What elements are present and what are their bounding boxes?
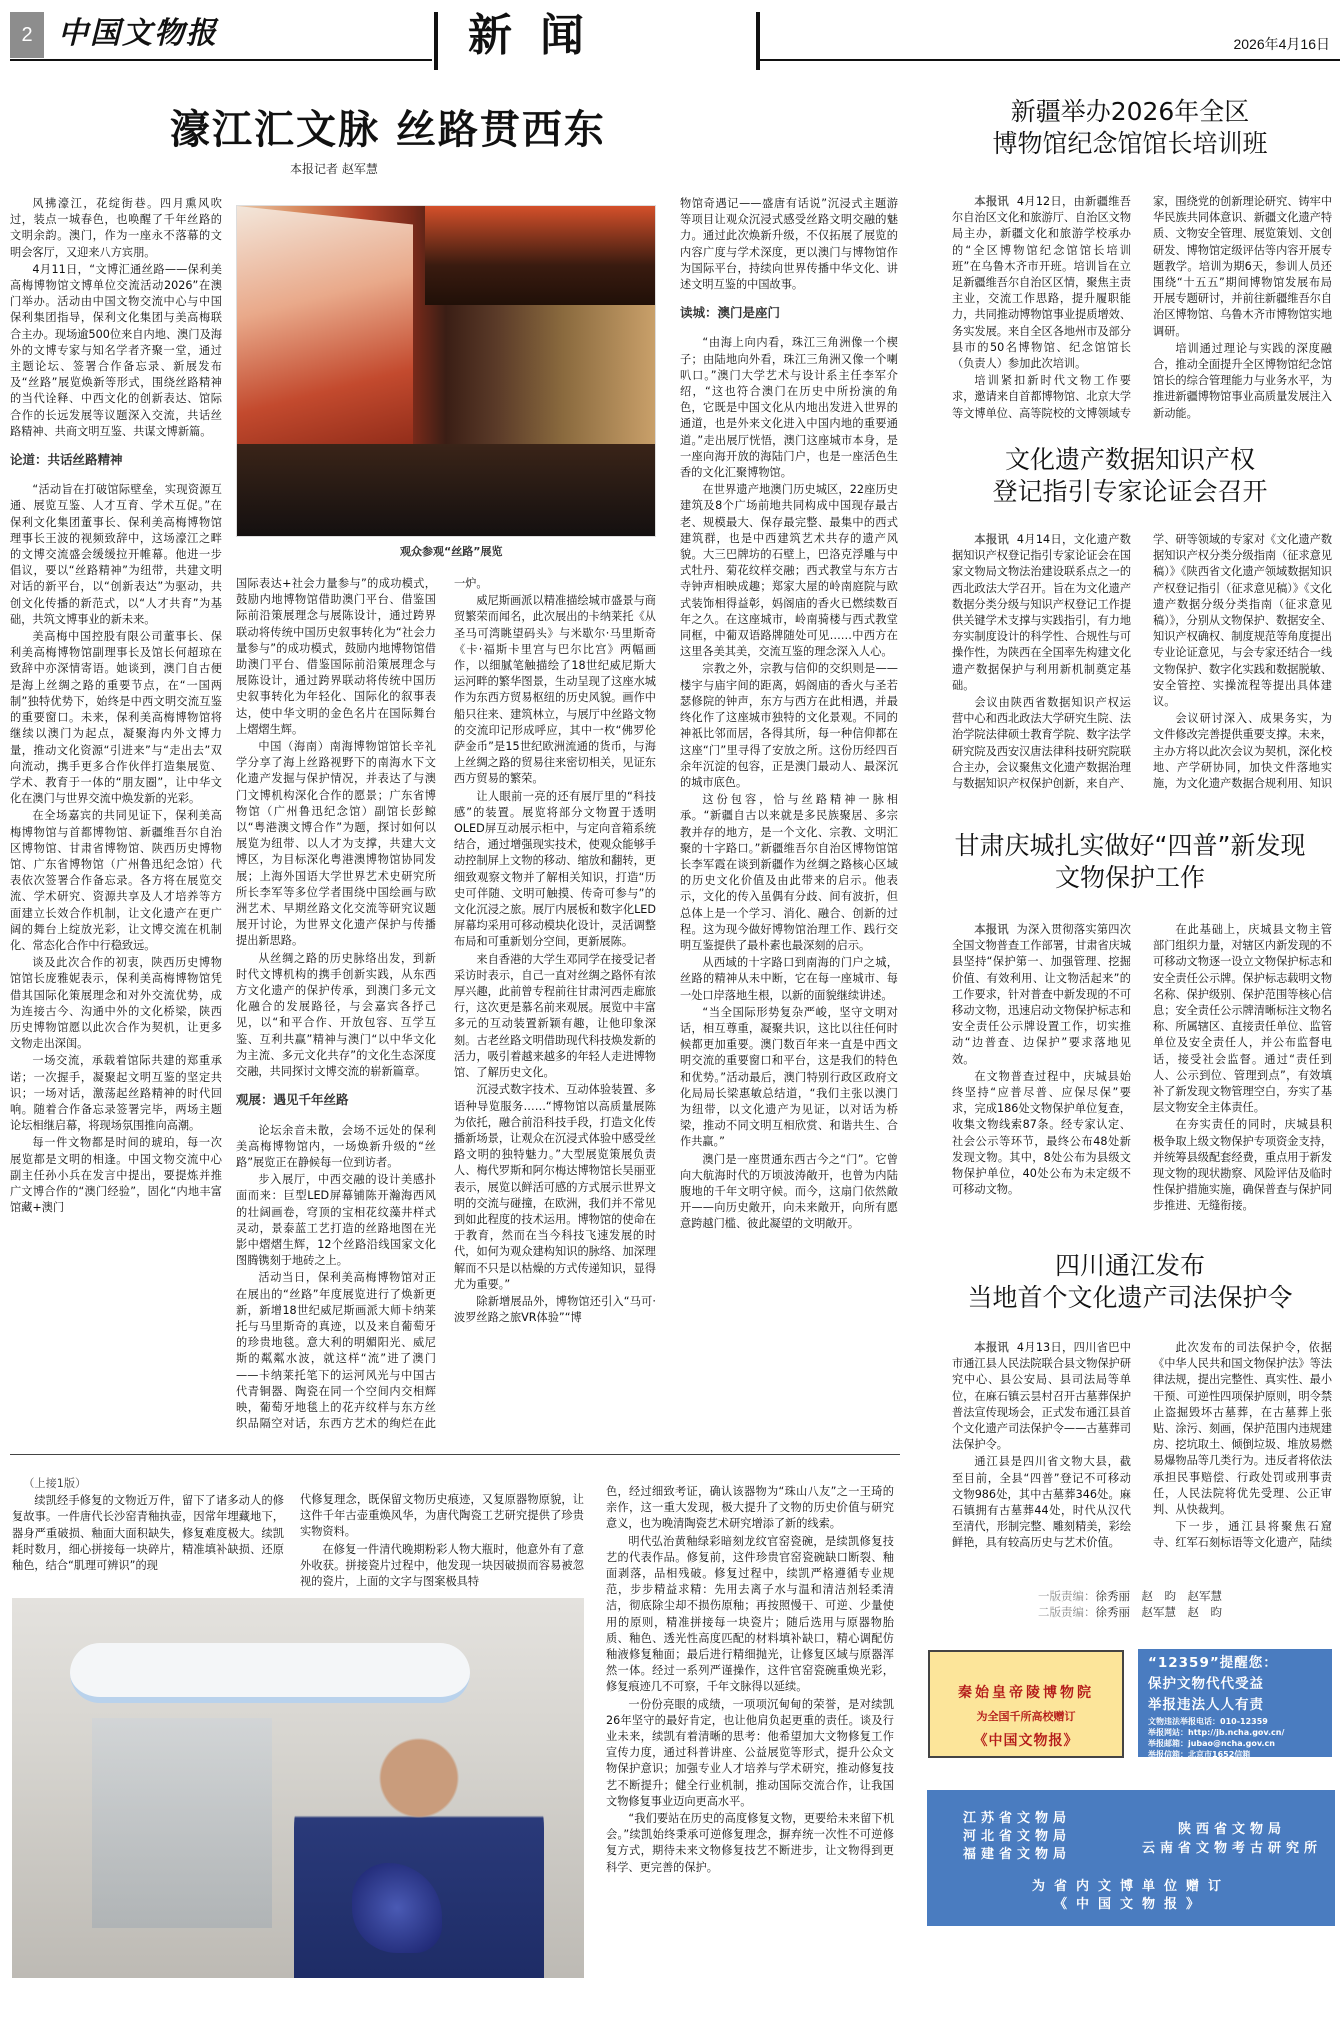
ad-footer: 为省内文博单位赠订 《中国文物报》 [927,1878,1335,1914]
paragraph: 宗教之外，宗教与信仰的交织则是——楼宇与庙宇间的距离，妈阁庙的香火与圣若瑟修院的… [680,661,898,791]
paragraph: 4月12日，由新疆维吾尔自治区文化和旅游厅、自治区文物局主办，新疆文化和旅游学校… [952,195,1131,370]
headline-line: 四川通江发布 [920,1250,1340,1282]
headline-line: 当地首个文化遗产司法保护令 [920,1282,1340,1314]
masthead-rule-right [760,59,1340,61]
paragraph: 谈及此次合作的初衷，陕西历史博物馆馆长庞雅妮表示，保利美高梅博物馆凭借其国际化策… [10,955,222,1052]
paragraph: 续凯经手修复的文物近万件，留下了诸多动人的修复故事。一件唐代长沙窑青釉执壶，因常… [12,1493,284,1574]
bureau-list-left: 江苏省文物局 河北省文物局 福建省文物局 [963,1810,1071,1864]
continued-article-column-2: 代修复理念，既保留文物历史痕迹，又复原器物原貌，让这件千年古壶重焕风华，为唐代陶… [300,1492,584,1592]
section-divider [10,1454,900,1455]
bureau-name: 福建省文物局 [963,1846,1071,1864]
paragraph: 明代弘治黄釉绿彩暗刻龙纹官窑瓷碗，是续凯修复技艺的代表作品。修复前，这件珍贵官窑… [606,1534,894,1696]
headline-line: 博物馆纪念馆馆长培训班 [920,128,1340,160]
restorer-photo [12,1598,584,1978]
side-article-xinjiang-body: 本报讯 4月12日，由新疆维吾尔自治区文化和旅游厅、自治区文物局主办，新疆文化和… [952,194,1332,428]
masthead-rule-left [10,59,432,61]
paragraph: 国际表达+社会力量参与”的成功模式，鼓励内地博物馆借助澳门平台、借鉴国际前沿策展… [236,576,436,738]
main-article-column-3: 一炉。 威尼斯画派以精准描绘城市盛景与商贸繁荣而闻名，此次展出的卡纳莱托《从圣马… [454,576,656,1432]
headline-line: 新疆举办2026年全区 [920,96,1340,128]
paragraph: 从丝绸之路的历史脉络出发，到新时代文博机构的携手创新实践，从东西方文化遗产的保护… [236,951,436,1081]
masthead-divider-right [756,12,760,70]
ad-title: “12359”提醒您： [1148,1653,1322,1674]
ad-provincial-bureaus: 江苏省文物局 河北省文物局 福建省文物局 陕西省文物局 云南省文物考古研究所 为… [927,1790,1335,1926]
bureau-list-right: 陕西省文物局 云南省文物考古研究所 [1132,1820,1332,1858]
photo-caption: 观众参观“丝路”展览 [400,543,502,559]
editor-label: 一版责编： [1038,1589,1096,1603]
lead-tag: 本报讯 [974,1341,1009,1354]
bureau-name: 河北省文物局 [963,1828,1071,1846]
jump-note: （上接1版） [12,1476,284,1492]
paragraph: 为深入贯彻落实第四次全国文物普查工作部署，甘肃省庆城县坚持“保护第一、加强管理、… [952,923,1131,1066]
issue-date: 2026年4月16日 [1233,34,1330,54]
paragraph: “我们要站在历史的高度修复文物，更要给未来留下机会。”续凯始终秉承可逆修复理念，… [606,1811,894,1876]
editor-label: 二版责编： [1038,1605,1096,1619]
main-article-column-2: 国际表达+社会力量参与”的成功模式，鼓励内地博物馆借助澳门平台、借鉴国际前沿策展… [236,576,436,1432]
lead-tag: 本报讯 [974,195,1009,208]
ceiling-light [425,206,655,305]
side-article-sichuan-body: 本报讯 4月13日，四川省巴中市通江县人民法院联合县文物保护研究中心、县公安局、… [952,1340,1332,1560]
section-title: 新闻 [468,8,612,64]
main-headline: 濠江汇文脉 丝路贯西东 [170,98,606,155]
editor-names: 徐秀丽 赵 昀 赵军慧 [1096,1589,1223,1603]
hotline-postcode: 邮编：100009 [1148,1760,1322,1771]
paragraph: 每一件文物都是时间的琥珀，每一次展览都是文明的相逢。中国文物交流中心副主任孙小兵… [10,1135,222,1216]
ad-line: 为全国千所高校赠订 [930,1708,1122,1724]
ad-line: 《中国文物报》 [930,1730,1122,1750]
headline-line: 甘肃庆城扎实做好“四普”新发现 [920,830,1340,862]
paragraph: 在世界遗产地澳门历史城区，22座历史建筑及8个广场前地共同构成中国现存最古老、规… [680,482,898,660]
page-number: 2 [10,12,44,58]
paragraph: 一份份亮眼的成绩，一项项沉甸甸的荣誉，是对续凯26年坚守的最好肯定，也让他肩负起… [606,1697,894,1810]
paragraph: “活动旨在打破馆际壁垒，实现资源互通、展览互鉴、人才互育、学术互促。”在保利文化… [10,482,222,628]
ad-title: 举报违法人人有责 [1148,1695,1322,1716]
paragraph: 威尼斯画派以精准描绘城市盛景与商贸繁荣而闻名，此次展出的卡纳莱托《从圣马可湾眺望… [454,593,656,787]
headline-line: 文化遗产数据知识产权 [920,444,1340,476]
paragraph: 色，经过细致考证，确认该器物为“珠山八友”之一王琦的亲作，这一重大发现，极大提升… [606,1484,894,1533]
paragraph: 让人眼前一亮的还有展厅里的“科技感”的装置。展览将部分文物置于透明OLED屏互动… [454,789,656,951]
paragraph: 活动当日，保利美高梅博物馆对正在展出的“丝路”年度展览进行了焕新更新，新增18世… [236,1270,436,1432]
side-headline-data-ip: 文化遗产数据知识产权 登记指引专家论证会召开 [920,444,1340,508]
paragraph: “当全国际形势复杂严峻，坚守文明对话，相互尊重，凝聚共识，这比以往任何时候都更加… [680,1005,898,1151]
paragraph: 除新增展品外，博物馆还引入“马可·波罗丝路之旅VR体验”“博 [454,1294,656,1326]
paragraph: 论坛余音未散，会场不远处的保利美高梅博物馆内，一场焕新升级的“丝路”展览正在静候… [236,1123,436,1172]
main-article-column-4: 物馆奇遇记——盛唐有话说”沉浸式主题游等项目让观众沉浸式感受丝路文明交融的魅力。… [680,196,898,1432]
paragraph: 来自香港的大学生邓同学在接受记者采访时表示，自己一直对丝绸之路怀有浓厚兴趣，此前… [454,952,656,1082]
bureau-name: 陕西省文物局 [1132,1820,1332,1839]
paragraph: 代修复理念，既保留文物历史痕迹，又复原器物原貌，让这件千年古壶重焕风华，为唐代陶… [300,1492,584,1541]
paragraph: 4月13日，四川省巴中市通江县人民法院联合县文物保护研究中心、县公安局、县司法局… [952,1341,1131,1451]
hotline-website[interactable]: 举报网站：http://jb.ncha.gov.cn/ [1148,1727,1322,1738]
paragraph: 在此基础上，庆城县文物主管部门组织力量，对辖区内新发现的不可移动文物逐一设立文物… [1153,922,1332,1116]
headline-line: 文物保护工作 [920,862,1340,894]
paragraph: 物馆奇遇记——盛唐有话说”沉浸式主题游等项目让观众沉浸式感受丝路文明交融的魅力。… [680,196,898,293]
paragraph: 一场交流，承载着馆际共建的郑重承诺；一次握手，凝聚起文明互鉴的坚定共识；一场对话… [10,1053,222,1134]
ad-12359-hotline: “12359”提醒您： 保护文物代代受益 举报违法人人有责 文物违法举报电话：0… [1138,1649,1332,1757]
side-article-data-ip-body: 本报讯 4月14日，文化遗产数据知识产权登记指引专家论证会在国家文物局文物法治建… [952,532,1332,800]
paragraph: 在文物普查过程中，庆城县始终坚持“应普尽普、应保尽保”要求，完成186处文物保护… [952,1069,1131,1199]
paragraph: 通江县是四川省文物大县，截至目前，全县“四普”登记不可移动文物986处，其中古墓… [952,1454,1131,1551]
paragraph: 澳门是一座贯通东西古今之“门”。它曾向大航海时代的万顷波涛敞开，也曾为内陆腹地的… [680,1152,898,1233]
headline-line: 登记指引专家论证会召开 [920,476,1340,508]
ad-line: 秦始皇帝陵博物院 [930,1682,1122,1702]
lead-tag: 本报讯 [974,533,1009,546]
side-headline-xinjiang: 新疆举办2026年全区 博物馆纪念馆馆长培训班 [920,96,1340,160]
paragraph: 一炉。 [454,576,656,592]
paragraph: 从西域的十字路口到南海的门户之城，丝路的精神从未中断，它在每一座城市、每一处口岸… [680,955,898,1004]
paragraph: 在全场嘉宾的共同见证下，保利美高梅博物馆与首都博物馆、新疆维吾尔自治区博物馆、甘… [10,808,222,954]
paragraph: 4月14日，文化遗产数据知识产权登记指引专家论证会在国家文物局文物法治建设联系点… [952,533,1131,692]
paragraph: 风拂濠江，花绽街巷。四月熏风吹过，装点一城春色，也唤醒了千年丝路的文明余韵。澳门… [10,196,222,261]
newspaper-logo: 中国文物报 [58,10,218,58]
mural-wall [237,206,413,482]
lab-cabinet [92,1718,272,1928]
continued-article-column-1: （上接1版） 续凯经手修复的文物近万件，留下了诸多动人的修复故事。一件唐代长沙窑… [12,1476,284,1586]
paragraph: 在夯实责任的同时，庆城县积极争取上级文物保护专项资金支持，并统筹县级配套经费，重… [1153,1117,1332,1214]
subheading-forum: 论道：共话丝路精神 [10,452,222,468]
paragraph: 这份包容，恰与丝路精神一脉相承。“新疆自古以来就是多民族聚居、多宗教并存的地方，… [680,792,898,954]
paragraph: 中国（海南）南海博物馆馆长辛礼学分享了海上丝路视野下的南海水下文化遗产发掘与保护… [236,739,436,950]
editor-names: 徐秀丽 赵军慧 赵 昀 [1096,1605,1223,1619]
bureau-name: 云南省文物考古研究所 [1132,1839,1332,1858]
side-article-gansu-body: 本报讯 为深入贯彻落实第四次全国文物普查工作部署，甘肃省庆城县坚持“保护第一、加… [952,922,1332,1222]
ad-footer-line: 《中国文物报》 [927,1896,1335,1914]
hotline-email[interactable]: 举报邮箱：jubao@ncha.gov.cn [1148,1738,1322,1749]
paragraph: 在修复一件清代晚期粉彩人物大瓶时，他意外有了意外收获。拼接瓷片过程中，他发现一块… [300,1542,584,1591]
bureau-name: 江苏省文物局 [963,1810,1071,1828]
paragraph: “由海上向内看，珠江三角洲像一个楔子；由陆地向外看，珠江三角洲又像一个喇叭口。”… [680,335,898,481]
subheading-exhibition: 观展：遇见千年丝路 [236,1092,436,1108]
exhibition-photo [236,205,656,537]
paragraph: 此次发布的司法保护令，依据《中华人民共和国文物保护法》等法律法规，提出完整性、真… [1153,1340,1332,1518]
paragraph: 培训通过理论与实践的深度融合，推动全面提升全区博物馆纪念馆馆长的综合管理能力与业… [1153,341,1332,422]
hotline-phone: 文物违法举报电话：010-12359 [1148,1716,1322,1727]
ad-title: 保护文物代代受益 [1148,1674,1322,1695]
reflective-floor [237,444,655,536]
continued-article-column-3: 色，经过细致考证，确认该器物为“珠山八友”之一王琦的亲作，这一重大发现，极大提升… [606,1484,894,1944]
surgical-lamp [70,1643,470,1703]
side-headline-gansu: 甘肃庆城扎实做好“四普”新发现 文物保护工作 [920,830,1340,894]
side-headline-sichuan: 四川通江发布 当地首个文化遗产司法保护令 [920,1250,1340,1314]
ad-footer-line: 为省内文博单位赠订 [927,1878,1335,1896]
lead-tag: 本报讯 [974,923,1008,936]
paragraph: 沉浸式数字技术、互动体验装置、多语种导览服务……“博物馆以高质量展陈为依托，融合… [454,1082,656,1293]
paragraph: 4月11日，“文博汇通丝路——保利美高梅博物馆文博单位交流活动2026”在澳门举… [10,262,222,440]
main-article-column-1: 风拂濠江，花绽街巷。四月熏风吹过，装点一城春色，也唤醒了千年丝路的文明余韵。澳门… [10,196,222,1432]
paragraph: 步入展厅，中西交融的设计美感扑面而来：巨型LED屏幕铺陈开瀚海西风的壮阔画卷，穹… [236,1172,436,1269]
paragraph: 美高梅中国控股有限公司董事长、保利美高梅博物馆副理事长及馆长何超琼在致辞中亦深情… [10,629,222,807]
subheading-city: 读城：澳门是座门 [680,305,898,321]
byline: 本报记者 赵军慧 [290,160,378,177]
editors-credit: 一版责编：徐秀丽 赵 昀 赵军慧 二版责编：徐秀丽 赵军慧 赵 昀 [1038,1588,1222,1620]
hotline-mailbox: 举报信箱：北京市1652信箱 [1148,1749,1322,1760]
ad-qin-mausoleum: 秦始皇帝陵博物院 为全国千所高校赠订 《中国文物报》 [928,1650,1124,1758]
masthead-divider-left [434,12,438,70]
